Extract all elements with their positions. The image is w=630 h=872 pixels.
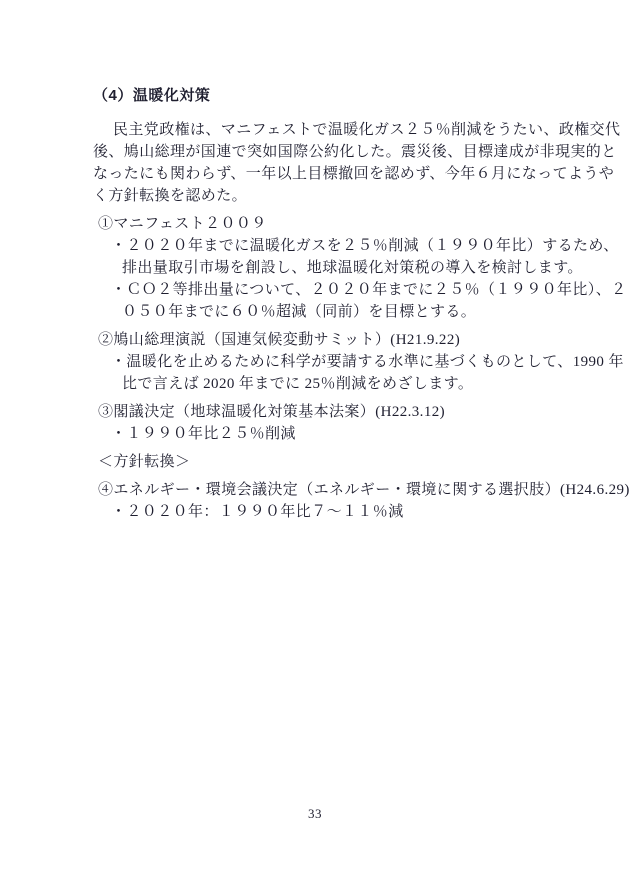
section-energy-environment-council: ④エネルギー・環境会議決定（エネルギー・環境に関する選択肢）(H24.6.29)… — [93, 479, 594, 523]
policy-shift-label: ＜方針転換＞ — [93, 451, 594, 473]
bullet-continuation-line: ０５０年までに６０％超減（同前）を目標とする。 — [93, 301, 594, 323]
bullet-line: ・温暖化を止めるために科学が要請する水準に基づくものとして、1990 年 — [93, 351, 594, 373]
intro-line: く方針転換を認めた。 — [93, 185, 594, 207]
intro-line: なったにも関わらず、一年以上目標撤回を認めず、今年６月になってようや — [93, 163, 594, 185]
bullet-line: ・１９９０年比２５％削減 — [93, 423, 594, 445]
intro-line: 後、鳩山総理が国連で突如国際公約化した。震災後、目標達成が非現実的と — [93, 141, 594, 163]
document-page: （4）温暖化対策 民主党政権は、マニフェストで温暖化ガス２５％削減をうたい、政権… — [0, 0, 630, 872]
page-number: 33 — [0, 806, 630, 822]
section-header: ①マニフェスト２００９ — [93, 213, 594, 235]
page-title: （4）温暖化対策 — [93, 84, 594, 107]
section-cabinet-decision: ③閣議決定（地球温暖化対策基本法案）(H22.3.12) ・１９９０年比２５％削… — [93, 401, 594, 445]
section-hatoyama-speech: ②鳩山総理演説（国連気候変動サミット）(H21.9.22) ・温暖化を止めるため… — [93, 329, 594, 395]
bullet-line: ・２０２０年：１９９０年比７～１１％減 — [93, 501, 594, 523]
bullet-line: ・２０２０年までに温暖化ガスを２５％削減（１９９０年比）するため、 — [93, 235, 594, 257]
section-header: ④エネルギー・環境会議決定（エネルギー・環境に関する選択肢）(H24.6.29) — [93, 479, 594, 501]
intro-paragraph: 民主党政権は、マニフェストで温暖化ガス２５％削減をうたい、政権交代 後、鳩山総理… — [93, 119, 594, 207]
section-manifesto-2009: ①マニフェスト２００９ ・２０２０年までに温暖化ガスを２５％削減（１９９０年比）… — [93, 213, 594, 323]
bullet-line: ・ＣＯ２等排出量について、２０２０年までに２５％（１９９０年比）、２ — [93, 279, 594, 301]
section-header: ③閣議決定（地球温暖化対策基本法案）(H22.3.12) — [93, 401, 594, 423]
intro-line: 民主党政権は、マニフェストで温暖化ガス２５％削減をうたい、政権交代 — [93, 119, 594, 141]
bullet-continuation-line: 比で言えば 2020 年までに 25％削減をめざします。 — [93, 373, 594, 395]
bullet-continuation-line: 排出量取引市場を創設し、地球温暖化対策税の導入を検討します。 — [93, 257, 594, 279]
section-header: ②鳩山総理演説（国連気候変動サミット）(H21.9.22) — [93, 329, 594, 351]
